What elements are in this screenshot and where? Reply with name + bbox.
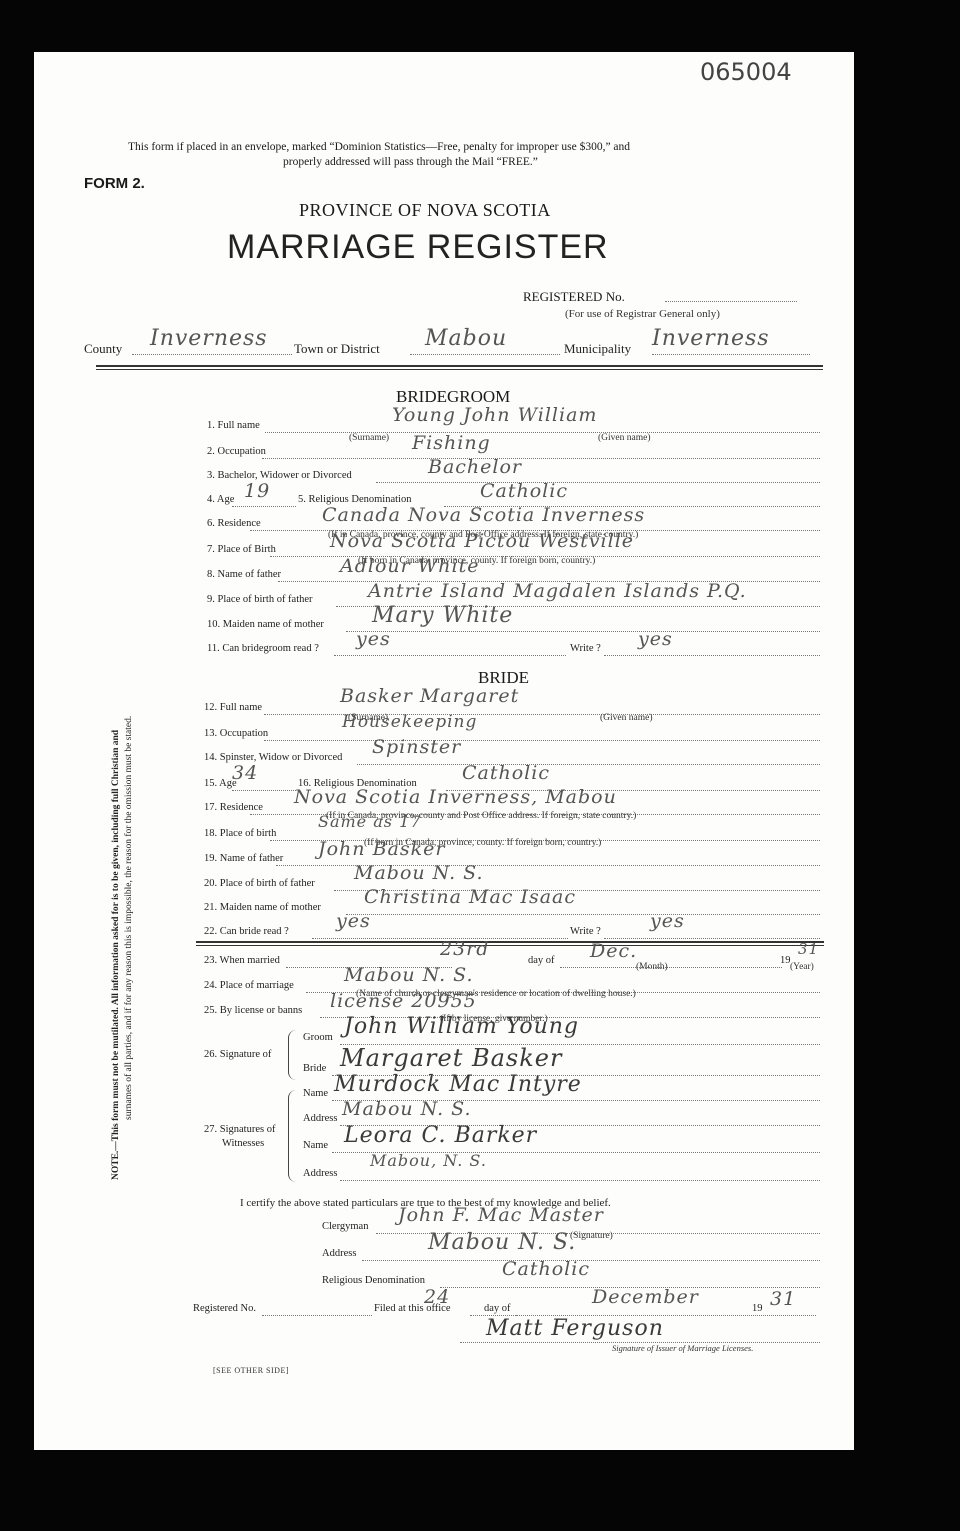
filed-day-of-label: day of bbox=[484, 1303, 511, 1314]
witnesses-brace bbox=[288, 1090, 297, 1182]
day-of-label: day of bbox=[528, 955, 555, 966]
bride-birthplace-value[interactable]: Same as 17 bbox=[318, 812, 421, 831]
bride-residence-label: 17. Residence bbox=[204, 802, 263, 813]
bride-residence-value[interactable]: Nova Scotia Inverness, Mabou bbox=[294, 786, 617, 808]
married-day-value[interactable]: 23rd bbox=[440, 938, 489, 960]
county-line bbox=[132, 354, 292, 355]
license-value[interactable]: license 20955 bbox=[330, 990, 477, 1012]
witness-2-name-label: Name bbox=[303, 1140, 328, 1151]
signature-of-label: 26. Signature of bbox=[204, 1049, 271, 1060]
when-married-label: 23. When married bbox=[204, 955, 280, 966]
groom-given-hint: (Given name) bbox=[598, 433, 651, 443]
page-title: MARRIAGE REGISTER bbox=[227, 228, 609, 267]
witness-1-name-label: Name bbox=[303, 1088, 328, 1099]
bride-given-hint: (Given name) bbox=[600, 713, 653, 723]
groom-can-write-line bbox=[604, 655, 820, 656]
groom-occupation-line bbox=[262, 458, 820, 459]
town-value[interactable]: Mabou bbox=[425, 326, 507, 351]
clergyman-address-label: Address bbox=[322, 1248, 356, 1259]
witness-2-address-line bbox=[340, 1180, 820, 1181]
groom-father-label: 8. Name of father bbox=[207, 569, 281, 580]
town-label: Town or District bbox=[294, 341, 380, 357]
side-note: NOTE.—This form must not be mutilated. A… bbox=[110, 716, 136, 1180]
groom-full-name-value[interactable]: Young John William bbox=[392, 404, 597, 426]
married-year-value[interactable]: 31 bbox=[798, 940, 819, 958]
bride-can-write-label: Write ? bbox=[570, 926, 601, 937]
groom-age-line bbox=[232, 506, 296, 507]
bride-can-read-label: 22. Can bride read ? bbox=[204, 926, 289, 937]
clergyman-signature[interactable]: John F. Mac Master bbox=[398, 1204, 604, 1226]
groom-father-value[interactable]: Adlour White bbox=[340, 555, 479, 577]
form-label: FORM 2. bbox=[84, 175, 145, 192]
side-note-line1: NOTE.—This form must not be mutilated. A… bbox=[110, 716, 123, 1180]
witness-1-name-value[interactable]: Murdock Mac Intyre bbox=[334, 1072, 582, 1097]
registered-no-field[interactable] bbox=[665, 301, 797, 302]
groom-residence-value[interactable]: Canada Nova Scotia Inverness bbox=[322, 504, 645, 526]
bride-mother-line bbox=[346, 914, 820, 915]
groom-residence-label: 6. Residence bbox=[207, 518, 261, 529]
bride-status-line bbox=[357, 764, 820, 765]
bride-full-name-label: 12. Full name bbox=[204, 702, 262, 713]
married-month-value[interactable]: Dec. bbox=[590, 940, 637, 962]
groom-can-read-value[interactable]: yes bbox=[356, 628, 391, 650]
issuer-hint: Signature of Issuer of Marriage Licenses… bbox=[612, 1343, 753, 1353]
groom-can-write-label: Write ? bbox=[570, 643, 601, 654]
bride-mother-label: 21. Maiden name of mother bbox=[204, 902, 321, 913]
county-label: County bbox=[84, 341, 122, 357]
bride-birthplace-label: 18. Place of birth bbox=[204, 828, 276, 839]
signature-hint: (Signature) bbox=[570, 1231, 613, 1241]
bride-can-write-value[interactable]: yes bbox=[650, 910, 685, 932]
municipality-value[interactable]: Inverness bbox=[652, 326, 770, 351]
groom-mother-label: 10. Maiden name of mother bbox=[207, 619, 324, 630]
groom-father-birthplace-value[interactable]: Antrie Island Magdalen Islands P.Q. bbox=[368, 580, 747, 602]
signature-brace bbox=[288, 1030, 297, 1080]
double-rule-top bbox=[96, 365, 823, 367]
bride-status-label: 14. Spinster, Widow or Divorced bbox=[204, 752, 342, 763]
bride-status-value[interactable]: Spinster bbox=[372, 736, 461, 758]
groom-status-line bbox=[376, 482, 820, 483]
groom-birthplace-label: 7. Place of Birth bbox=[207, 544, 276, 555]
groom-signature-label: Groom bbox=[303, 1032, 333, 1043]
bride-can-write-line bbox=[604, 938, 820, 939]
clergyman-religion-value[interactable]: Catholic bbox=[502, 1258, 590, 1280]
groom-father-birthplace-label: 9. Place of birth of father bbox=[207, 594, 313, 605]
bride-mother-value[interactable]: Christina Mac Isaac bbox=[364, 886, 576, 908]
double-rule-bottom bbox=[96, 369, 823, 370]
groom-age-label: 4. Age bbox=[207, 494, 234, 505]
groom-mother-line bbox=[346, 631, 820, 632]
registered-no-note: (For use of Registrar General only) bbox=[565, 308, 720, 320]
license-label: 25. By license or banns bbox=[204, 1005, 302, 1016]
bride-father-birthplace-value[interactable]: Mabou N. S. bbox=[354, 862, 484, 884]
when-married-month-line bbox=[560, 967, 782, 968]
bride-signature-value[interactable]: Margaret Basker bbox=[340, 1044, 562, 1072]
bride-father-value[interactable]: John Basker bbox=[318, 838, 445, 860]
bride-occupation-label: 13. Occupation bbox=[204, 728, 268, 739]
clergyman-label: Clergyman bbox=[322, 1221, 368, 1232]
filed-year-prefix: 19 bbox=[752, 1303, 763, 1314]
groom-signature-value[interactable]: John William Young bbox=[344, 1014, 579, 1039]
registered-no-bottom-label: Registered No. bbox=[193, 1303, 256, 1314]
bride-age-value[interactable]: 34 bbox=[232, 762, 258, 784]
bride-signature-label: Bride bbox=[303, 1063, 326, 1074]
bride-religion-value[interactable]: Catholic bbox=[462, 762, 550, 784]
witness-2-name-value[interactable]: Leora C. Barker bbox=[344, 1123, 537, 1148]
municipality-line bbox=[652, 354, 810, 355]
year-hint: (Year) bbox=[790, 962, 814, 972]
bride-full-name-value[interactable]: Basker Margaret bbox=[340, 685, 519, 707]
filed-month-value[interactable]: December bbox=[592, 1286, 699, 1308]
groom-occupation-label: 2. Occupation bbox=[207, 446, 266, 457]
see-other-side: [SEE OTHER SIDE] bbox=[213, 1366, 289, 1375]
groom-can-read-label: 11. Can bridegroom read ? bbox=[207, 643, 319, 654]
bride-age-line bbox=[232, 790, 296, 791]
witness-1-address-label: Address bbox=[303, 1113, 337, 1124]
bride-occupation-line bbox=[264, 740, 820, 741]
registered-no-bottom-field[interactable] bbox=[262, 1315, 372, 1316]
witness-1-address-value[interactable]: Mabou N. S. bbox=[342, 1098, 472, 1120]
town-line bbox=[410, 354, 560, 355]
section-rule-2 bbox=[196, 945, 824, 946]
groom-religion-value[interactable]: Catholic bbox=[480, 480, 568, 502]
registered-no-label: REGISTERED No. bbox=[523, 289, 625, 305]
witnesses-label-line2: Witnesses bbox=[222, 1138, 264, 1149]
groom-occupation-value[interactable]: Fishing bbox=[412, 432, 491, 454]
witness-2-address-label: Address bbox=[303, 1168, 337, 1179]
postal-notice-line1: This form if placed in an envelope, mark… bbox=[128, 141, 630, 153]
bride-can-read-value[interactable]: yes bbox=[336, 910, 371, 932]
witnesses-label-line1: 27. Signatures of bbox=[204, 1124, 275, 1135]
filed-year-value[interactable]: 31 bbox=[770, 1288, 796, 1310]
month-hint: (Month) bbox=[636, 962, 668, 972]
issuer-signature[interactable]: Matt Ferguson bbox=[486, 1316, 664, 1341]
clergyman-religion-label: Religious Denomination bbox=[322, 1275, 425, 1286]
clergyman-address-value[interactable]: Mabou N. S. bbox=[428, 1230, 576, 1255]
clergyman-address-line bbox=[362, 1260, 820, 1261]
section-rule-1 bbox=[196, 941, 824, 943]
groom-age-value[interactable]: 19 bbox=[244, 480, 270, 502]
groom-mother-value[interactable]: Mary White bbox=[372, 603, 513, 628]
place-of-marriage-label: 24. Place of marriage bbox=[204, 980, 294, 991]
groom-can-read-line bbox=[334, 655, 566, 656]
municipality-label: Municipality bbox=[564, 341, 631, 357]
groom-surname-hint: (Surname) bbox=[349, 433, 389, 443]
bride-occupation-value[interactable]: Housekeeping bbox=[342, 712, 477, 732]
postal-notice-line2: properly addressed will pass through the… bbox=[283, 156, 538, 168]
groom-status-label: 3. Bachelor, Widower or Divorced bbox=[207, 470, 352, 481]
witness-2-address-value[interactable]: Mabou, N. S. bbox=[370, 1151, 487, 1170]
place-of-marriage-value[interactable]: Mabou N. S. bbox=[344, 964, 474, 986]
filed-day-value[interactable]: 24 bbox=[424, 1286, 450, 1308]
county-value[interactable]: Inverness bbox=[150, 326, 268, 351]
bride-father-label: 19. Name of father bbox=[204, 853, 283, 864]
document-number: 065004 bbox=[700, 58, 792, 86]
married-year-prefix: 19 bbox=[780, 955, 791, 966]
groom-full-name-label: 1. Full name bbox=[207, 420, 260, 431]
groom-status-value[interactable]: Bachelor bbox=[428, 456, 522, 478]
groom-can-write-value[interactable]: yes bbox=[638, 628, 673, 650]
bride-father-birthplace-label: 20. Place of birth of father bbox=[204, 878, 315, 889]
groom-birthplace-value[interactable]: Nova Scotia Pictou Westville bbox=[330, 530, 634, 552]
side-note-line2: surnames of all parties, and if for any … bbox=[123, 716, 136, 1180]
province-heading: PROVINCE OF NOVA SCOTIA bbox=[299, 200, 551, 221]
